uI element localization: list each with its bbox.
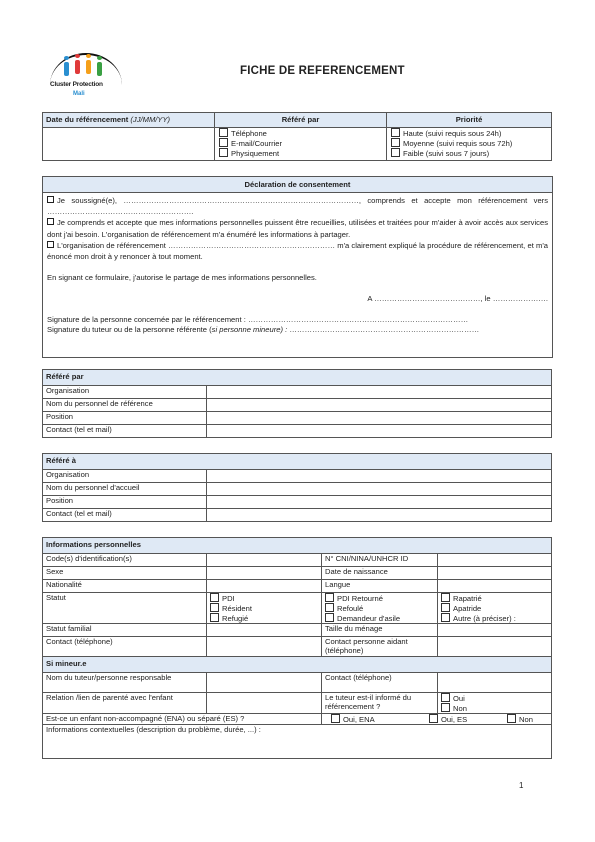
familial-field[interactable]: [207, 624, 322, 637]
naissance-field[interactable]: [438, 567, 552, 580]
row-label: Contact (tel et mail): [43, 509, 207, 522]
relation-field[interactable]: [207, 693, 322, 714]
mineur-section-header: Si mineur.e: [43, 657, 552, 673]
logo-figure-red: [75, 60, 80, 74]
field-label: Statut: [43, 593, 207, 624]
statut-pdi-retourne[interactable]: PDI Retourné: [325, 593, 434, 603]
ena-oui-es[interactable]: Oui, ES: [429, 714, 507, 724]
logo-subtext: Mali: [73, 91, 85, 97]
informe-oui[interactable]: Oui: [441, 693, 548, 703]
contact-field[interactable]: [207, 425, 552, 438]
page-title: FICHE DE REFERENCEMENT: [240, 65, 405, 77]
logo-figure-blue: [64, 62, 69, 76]
row-label: Contact (tel et mail): [43, 425, 207, 438]
contact-field[interactable]: [207, 637, 322, 657]
field-label: Est-ce un enfant non-accompagné (ENA) ou…: [43, 714, 322, 725]
checkbox[interactable]: [441, 613, 450, 622]
code-field[interactable]: [207, 554, 322, 567]
field-label: Nationalité: [43, 580, 207, 593]
checkbox[interactable]: [391, 138, 400, 147]
aidant-field[interactable]: [438, 637, 552, 657]
field-label: Taille du ménage: [322, 624, 438, 637]
statut-pdi[interactable]: PDI: [210, 593, 318, 603]
checkbox-icon[interactable]: [47, 218, 54, 225]
checkbox[interactable]: [441, 703, 450, 712]
refere-par-header: Référé par: [215, 113, 387, 128]
logo-text: Cluster Protection: [50, 81, 103, 88]
checkbox[interactable]: [507, 714, 516, 723]
langue-field[interactable]: [438, 580, 552, 593]
field-label: Relation /lien de parenté avec l'enfant: [43, 693, 207, 714]
consent-statement-1: Je soussigné(e), ………………………………………………………………: [43, 195, 552, 217]
row-label: Organisation: [43, 470, 207, 483]
position-field[interactable]: [207, 496, 552, 509]
checkbox[interactable]: [391, 128, 400, 137]
checkbox[interactable]: [219, 128, 228, 137]
cni-field[interactable]: [438, 554, 552, 567]
referral-header-table: Date du référencement (JJ/MM/YY) Référé …: [42, 112, 552, 161]
field-label: Contact personne aidant (téléphone): [322, 637, 438, 657]
field-label: Nom du tuteur/personne responsable: [43, 673, 207, 693]
tuteur-field[interactable]: [207, 673, 322, 693]
statut-resident[interactable]: Résident: [210, 603, 318, 613]
logo-figure-green: [97, 62, 102, 76]
statut-autre[interactable]: Autre (à préciser) :: [441, 613, 548, 623]
signature-guardian[interactable]: Signature du tuteur ou de la personne ré…: [43, 325, 552, 335]
field-label: Date de naissance: [322, 567, 438, 580]
organisation-field[interactable]: [207, 386, 552, 399]
statut-rapatrie[interactable]: Rapatrié: [441, 593, 548, 603]
option-physiquement[interactable]: Physiquement: [219, 148, 383, 158]
contexte-field[interactable]: Informations contextuelles (description …: [43, 725, 552, 759]
field-label: Sexe: [43, 567, 207, 580]
ena-non[interactable]: Non: [507, 715, 533, 724]
organisation-field[interactable]: [207, 470, 552, 483]
sexe-field[interactable]: [207, 567, 322, 580]
checkbox-icon[interactable]: [47, 241, 54, 248]
field-label: Langue: [322, 580, 438, 593]
checkbox[interactable]: [210, 613, 219, 622]
date-header: Date du référencement (JJ/MM/YY): [43, 113, 215, 128]
date-field[interactable]: [43, 128, 215, 161]
checkbox[interactable]: [210, 593, 219, 602]
option-email[interactable]: E-mail/Courrier: [219, 138, 383, 148]
refere-par-table: Référé par Organisation Nom du personnel…: [42, 369, 552, 438]
field-label: Code(s) d'identification(s): [43, 554, 207, 567]
personal-info-table: Informations personnelles Code(s) d'iden…: [42, 537, 552, 759]
menage-field[interactable]: [438, 624, 552, 637]
checkbox[interactable]: [210, 603, 219, 612]
option-telephone[interactable]: Téléphone: [219, 128, 383, 138]
row-label: Position: [43, 496, 207, 509]
checkbox[interactable]: [331, 714, 340, 723]
checkbox[interactable]: [219, 148, 228, 157]
refere-a-section-header: Référé à: [43, 454, 552, 470]
field-label: N° CNI/NINA/UNHCR ID: [322, 554, 438, 567]
checkbox[interactable]: [325, 613, 334, 622]
refere-a-table: Référé à Organisation Nom du personnel d…: [42, 453, 552, 522]
row-label: Position: [43, 412, 207, 425]
consent-header: Déclaration de consentement: [43, 177, 552, 193]
signature-person[interactable]: Signature de la personne concernée par l…: [43, 315, 552, 325]
position-field[interactable]: [207, 412, 552, 425]
statut-refoule[interactable]: Refoulé: [325, 603, 434, 613]
place-date-line[interactable]: A ……………………………………, le ………………….: [43, 293, 552, 304]
staff-name-field[interactable]: [207, 483, 552, 496]
checkbox-icon[interactable]: [47, 196, 54, 203]
checkbox[interactable]: [391, 148, 400, 157]
infos-section-header: Informations personnelles: [43, 538, 552, 554]
tuteur-contact-field[interactable]: [438, 673, 552, 693]
field-label: Le tuteur est-il informé du référencemen…: [322, 693, 438, 714]
informe-non[interactable]: Non: [441, 703, 548, 713]
field-label: Statut familial: [43, 624, 207, 637]
consent-statement-2: Je comprends et accepte que mes informat…: [43, 217, 552, 239]
staff-name-field[interactable]: [207, 399, 552, 412]
consent-authorization: En signant ce formulaire, j'autorise le …: [43, 272, 552, 283]
field-label: Contact (téléphone): [43, 637, 207, 657]
page-number: 1: [519, 781, 523, 790]
field-label: Contact (téléphone): [322, 673, 438, 693]
nationalite-field[interactable]: [207, 580, 322, 593]
checkbox[interactable]: [441, 593, 450, 602]
statut-refugie[interactable]: Refugié: [210, 613, 318, 623]
ena-oui-ena[interactable]: Oui, ENA: [325, 714, 429, 724]
row-label: Nom du personnel de référence: [43, 399, 207, 412]
priority-haute[interactable]: Haute (suivi requis sous 24h): [391, 128, 548, 138]
consent-statement-3: L'organisation de référencement ………………………: [43, 240, 552, 262]
cluster-protection-logo: Cluster Protection Mali: [44, 50, 124, 106]
checkbox[interactable]: [219, 138, 228, 147]
checkbox[interactable]: [429, 714, 438, 723]
priorite-header: Priorité: [387, 113, 552, 128]
row-label: Nom du personnel d'accueil: [43, 483, 207, 496]
checkbox[interactable]: [325, 593, 334, 602]
consent-section: Déclaration de consentement Je soussigné…: [42, 176, 553, 358]
priority-faible[interactable]: Faible (suivi sous 7 jours): [391, 148, 548, 158]
checkbox[interactable]: [441, 693, 450, 702]
checkbox[interactable]: [325, 603, 334, 612]
statut-apatride[interactable]: Apatride: [441, 603, 548, 613]
row-label: Organisation: [43, 386, 207, 399]
logo-figure-orange: [86, 60, 91, 74]
priority-moyenne[interactable]: Moyenne (suivi requis sous 72h): [391, 138, 548, 148]
checkbox[interactable]: [441, 603, 450, 612]
refere-par-section-header: Référé par: [43, 370, 552, 386]
contact-field[interactable]: [207, 509, 552, 522]
statut-demandeur-asile[interactable]: Demandeur d'asile: [325, 613, 434, 623]
